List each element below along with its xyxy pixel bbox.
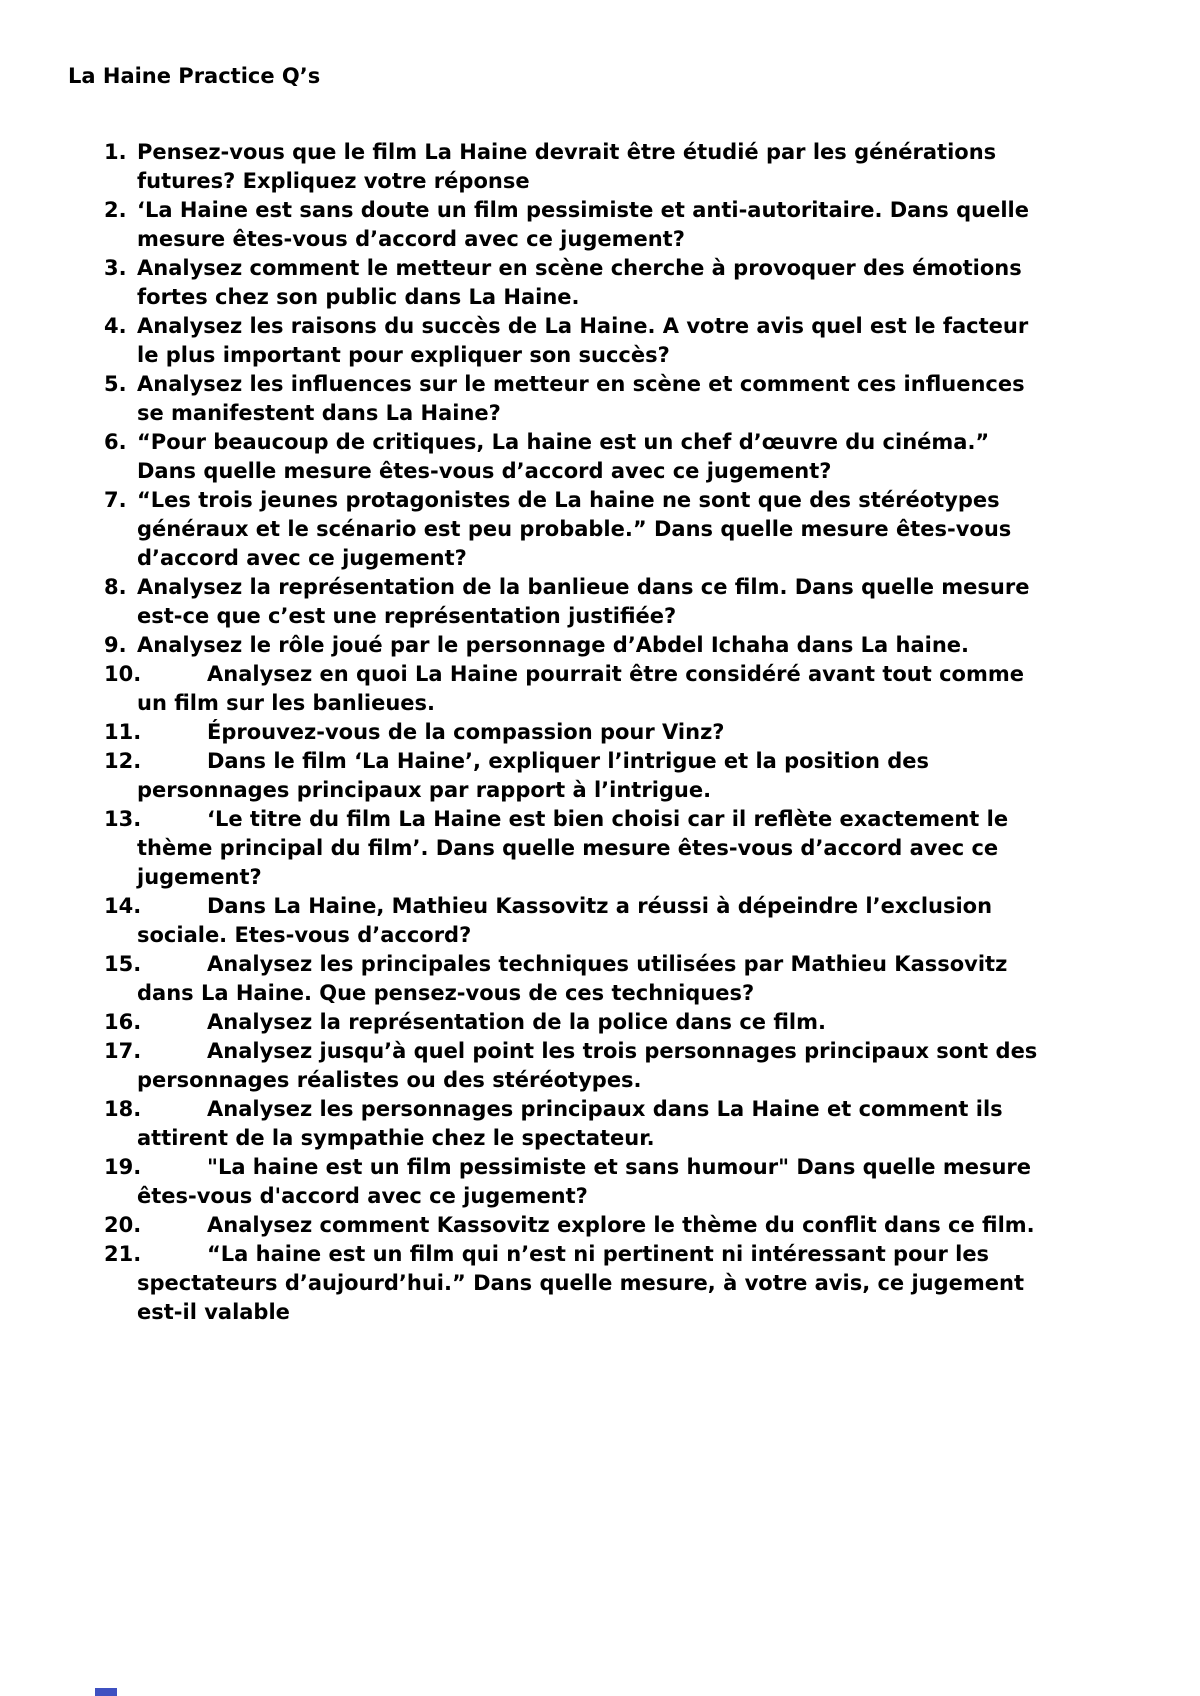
question-number: 10. bbox=[104, 660, 141, 689]
question-item: 5.Analysez les influences sur le metteur… bbox=[137, 370, 1043, 428]
question-item: 12.Dans le film ‘La Haine’, expliquer l’… bbox=[137, 747, 1043, 805]
question-text: Analysez les raisons du succès de La Hai… bbox=[137, 314, 1028, 367]
question-number: 4. bbox=[104, 312, 127, 341]
question-text: Dans le film ‘La Haine’, expliquer l’int… bbox=[137, 749, 929, 802]
question-item: 13.‘Le titre du film La Haine est bien c… bbox=[137, 805, 1043, 892]
question-item: 16.Analysez la représentation de la poli… bbox=[137, 1008, 1043, 1037]
question-number: 17. bbox=[104, 1037, 141, 1066]
question-item: 20.Analysez comment Kassovitz explore le… bbox=[137, 1211, 1043, 1240]
question-item: 4.Analysez les raisons du succès de La H… bbox=[137, 312, 1043, 370]
question-number: 16. bbox=[104, 1008, 141, 1037]
question-number: 13. bbox=[104, 805, 141, 834]
question-text: Analysez en quoi La Haine pourrait être … bbox=[137, 662, 1024, 715]
question-text: Analysez le rôle joué par le personnage … bbox=[137, 633, 969, 657]
question-text: Analysez la représentation de la banlieu… bbox=[137, 575, 1029, 628]
question-item: 2.‘La Haine est sans doute un film pessi… bbox=[137, 196, 1043, 254]
question-text: Analysez les influences sur le metteur e… bbox=[137, 372, 1025, 425]
question-item: 14.Dans La Haine, Mathieu Kassovitz a ré… bbox=[137, 892, 1043, 950]
question-number: 18. bbox=[104, 1095, 141, 1124]
question-number: 12. bbox=[104, 747, 141, 776]
question-item: 3.Analysez comment le metteur en scène c… bbox=[137, 254, 1043, 312]
bottom-edge-artifact bbox=[95, 1688, 117, 1696]
document-page: La Haine Practice Q’s 1.Pensez-vous que … bbox=[0, 0, 1200, 1696]
question-item: 11.Éprouvez-vous de la compassion pour V… bbox=[137, 718, 1043, 747]
question-item: 9.Analysez le rôle joué par le personnag… bbox=[137, 631, 1043, 660]
question-item: 21.“La haine est un film qui n’est ni pe… bbox=[137, 1240, 1043, 1327]
question-text: Analysez comment le metteur en scène che… bbox=[137, 256, 1022, 309]
question-text: Analysez comment Kassovitz explore le th… bbox=[207, 1213, 1035, 1237]
question-number: 20. bbox=[104, 1211, 141, 1240]
question-text: Pensez-vous que le film La Haine devrait… bbox=[137, 140, 996, 193]
question-item: 8.Analysez la représentation de la banli… bbox=[137, 573, 1043, 631]
question-text: “Les trois jeunes protagonistes de La ha… bbox=[137, 488, 1011, 570]
question-item: 7.“Les trois jeunes protagonistes de La … bbox=[137, 486, 1043, 573]
question-number: 5. bbox=[104, 370, 127, 399]
question-text: “Pour beaucoup de critiques, La haine es… bbox=[137, 430, 989, 483]
question-number: 21. bbox=[104, 1240, 141, 1269]
question-text: "La haine est un film pessimiste et sans… bbox=[137, 1155, 1031, 1208]
question-text: Analysez les principales techniques util… bbox=[137, 952, 1007, 1005]
question-text: Éprouvez-vous de la compassion pour Vinz… bbox=[207, 720, 724, 744]
question-item: 6.“Pour beaucoup de critiques, La haine … bbox=[137, 428, 1043, 486]
question-number: 11. bbox=[104, 718, 141, 747]
question-text: “La haine est un film qui n’est ni perti… bbox=[137, 1242, 1024, 1324]
question-text: Analysez jusqu’à quel point les trois pe… bbox=[137, 1039, 1037, 1092]
question-item: 15.Analysez les principales techniques u… bbox=[137, 950, 1043, 1008]
question-number: 6. bbox=[104, 428, 127, 457]
document-title: La Haine Practice Q’s bbox=[68, 62, 320, 91]
question-number: 15. bbox=[104, 950, 141, 979]
question-text: Analysez les personnages principaux dans… bbox=[137, 1097, 1003, 1150]
question-text: Analysez la représentation de la police … bbox=[207, 1010, 826, 1034]
question-item: 18.Analysez les personnages principaux d… bbox=[137, 1095, 1043, 1153]
question-number: 2. bbox=[104, 196, 127, 225]
question-item: 10.Analysez en quoi La Haine pourrait êt… bbox=[137, 660, 1043, 718]
question-number: 14. bbox=[104, 892, 141, 921]
question-item: 1.Pensez-vous que le film La Haine devra… bbox=[137, 138, 1043, 196]
question-item: 17.Analysez jusqu’à quel point les trois… bbox=[137, 1037, 1043, 1095]
question-number: 3. bbox=[104, 254, 127, 283]
question-number: 9. bbox=[104, 631, 127, 660]
question-number: 7. bbox=[104, 486, 127, 515]
question-number: 19. bbox=[104, 1153, 141, 1182]
question-text: Dans La Haine, Mathieu Kassovitz a réuss… bbox=[137, 894, 992, 947]
question-number: 1. bbox=[104, 138, 127, 167]
question-number: 8. bbox=[104, 573, 127, 602]
question-text: ‘La Haine est sans doute un film pessimi… bbox=[137, 198, 1029, 251]
question-text: ‘Le titre du film La Haine est bien choi… bbox=[137, 807, 1008, 889]
question-list: 1.Pensez-vous que le film La Haine devra… bbox=[0, 138, 1200, 1327]
question-item: 19."La haine est un film pessimiste et s… bbox=[137, 1153, 1043, 1211]
